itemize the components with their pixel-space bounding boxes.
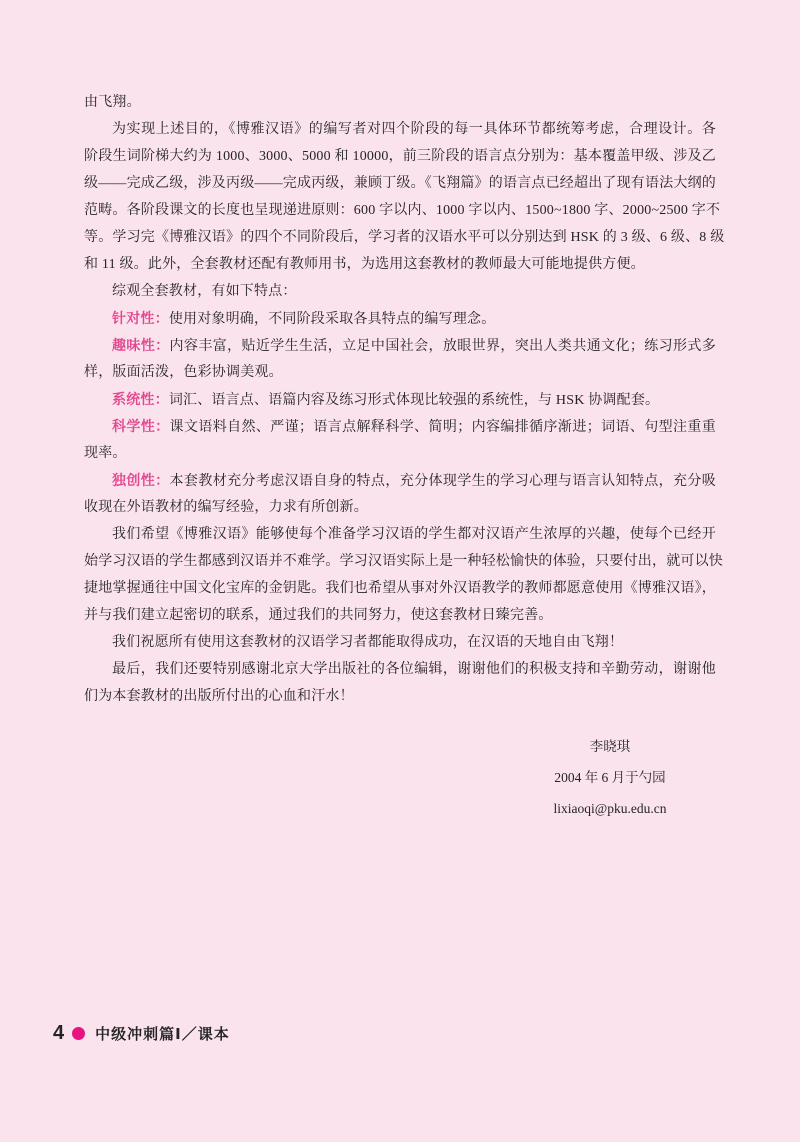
page-footer: 4 中级冲刺篇Ⅰ／课本 bbox=[53, 1021, 230, 1045]
feature-text: 本套教材充分考虑汉语自身的特点，充分体现学生的学习心理与语言认知特点，充分吸 bbox=[170, 474, 716, 489]
text-line: 等。学习完《博雅汉语》的四个不同阶段后，学习者的汉语水平可以分别达到 HSK 的… bbox=[84, 224, 716, 251]
text-line: 我们希望《博雅汉语》能够使每个准备学习汉语的学生都对汉语产生浓厚的兴趣，使每个已… bbox=[84, 521, 716, 548]
text-line: 我们祝愿所有使用这套教材的汉语学习者都能取得成功，在汉语的天地自由飞翔！ bbox=[84, 629, 716, 656]
text-line: 收现在外语教材的编写经验，力求有所创新。 bbox=[84, 494, 716, 521]
feature-term-label: 趣味性： bbox=[112, 337, 170, 353]
bullet-dot-icon bbox=[72, 1027, 85, 1040]
feature-text: 课文语料自然、严谨；语言点解释科学、简明；内容编排循序渐进；词语、句型注重重 bbox=[170, 420, 716, 435]
signature-email: lixiaoqi@pku.edu.cn bbox=[460, 793, 760, 824]
text-line: 和 11 级。此外，全套教材还配有教师用书，为选用这套教材的教师最大可能地提供方… bbox=[84, 251, 716, 278]
text-line: 范畴。各阶段课文的长度也呈现递进原则：600 字以内、1000 字以内、1500… bbox=[84, 197, 716, 224]
feature-term-label: 针对性： bbox=[112, 310, 169, 326]
feature-term-label: 独创性： bbox=[112, 472, 170, 488]
text-line: 级——完成乙级，涉及丙级——完成丙级，兼顾丁级。《飞翔篇》的语言点已经超出了现有… bbox=[84, 170, 716, 197]
page-number: 4 bbox=[53, 1021, 64, 1045]
footer-title: 中级冲刺篇Ⅰ／课本 bbox=[95, 1023, 230, 1044]
feature-line-systematic: 系统性：词汇、语言点、语篇内容及练习形式体现比较强的系统性，与 HSK 协调配套… bbox=[84, 386, 716, 413]
signature-date: 2004 年 6 月于勺园 bbox=[460, 762, 760, 793]
text-line: 为实现上述目的，《博雅汉语》的编写者对四个阶段的每一具体环节都统筹考虑，合理设计… bbox=[84, 116, 716, 143]
feature-text: 词汇、语言点、语篇内容及练习形式体现比较强的系统性，与 HSK 协调配套。 bbox=[169, 393, 659, 408]
text-line: 们为本套教材的出版所付出的心血和汗水！ bbox=[84, 683, 716, 710]
text-line: 综观全套教材，有如下特点： bbox=[84, 278, 716, 305]
text-line: 阶段生词阶梯大约为 1000、3000、5000 和 10000，前三阶段的语言… bbox=[84, 143, 716, 170]
feature-line-original: 独创性：本套教材充分考虑汉语自身的特点，充分体现学生的学习心理与语言认知特点，充… bbox=[84, 467, 716, 494]
feature-line-targeted: 针对性：使用对象明确，不同阶段采取各具特点的编写理念。 bbox=[84, 305, 716, 332]
signature-block: 李晓琪 2004 年 6 月于勺园 lixiaoqi@pku.edu.cn bbox=[460, 731, 760, 824]
feature-line-interesting: 趣味性：内容丰富，贴近学生生活，立足中国社会，放眼世界，突出人类共通文化；练习形… bbox=[84, 332, 716, 359]
text-line: 始学习汉语的学生都感到汉语并不难学。学习汉语实际上是一种轻松愉快的体验，只要付出… bbox=[84, 548, 716, 575]
preface-body: 由飞翔。 为实现上述目的，《博雅汉语》的编写者对四个阶段的每一具体环节都统筹考虑… bbox=[84, 89, 716, 710]
text-line: 由飞翔。 bbox=[84, 89, 716, 116]
text-line: 现率。 bbox=[84, 440, 716, 467]
book-page: 由飞翔。 为实现上述目的，《博雅汉语》的编写者对四个阶段的每一具体环节都统筹考虑… bbox=[0, 0, 800, 1142]
feature-term-label: 系统性： bbox=[112, 391, 169, 407]
text-line: 样，版面活泼，色彩协调美观。 bbox=[84, 359, 716, 386]
text-line: 捷地掌握通往中国文化宝库的金钥匙。我们也希望从事对外汉语教学的教师都愿意使用《博… bbox=[84, 575, 716, 602]
text-line: 最后，我们还要特别感谢北京大学出版社的各位编辑，谢谢他们的积极支持和辛勤劳动，谢… bbox=[84, 656, 716, 683]
feature-line-scientific: 科学性：课文语料自然、严谨；语言点解释科学、简明；内容编排循序渐进；词语、句型注… bbox=[84, 413, 716, 440]
feature-term-label: 科学性： bbox=[112, 418, 170, 434]
feature-text: 使用对象明确，不同阶段采取各具特点的编写理念。 bbox=[169, 312, 496, 327]
feature-text: 内容丰富，贴近学生生活，立足中国社会，放眼世界，突出人类共通文化；练习形式多 bbox=[170, 339, 716, 354]
author-name: 李晓琪 bbox=[460, 731, 760, 762]
text-line: 并与我们建立起密切的联系，通过我们的共同努力，使这套教材日臻完善。 bbox=[84, 602, 716, 629]
